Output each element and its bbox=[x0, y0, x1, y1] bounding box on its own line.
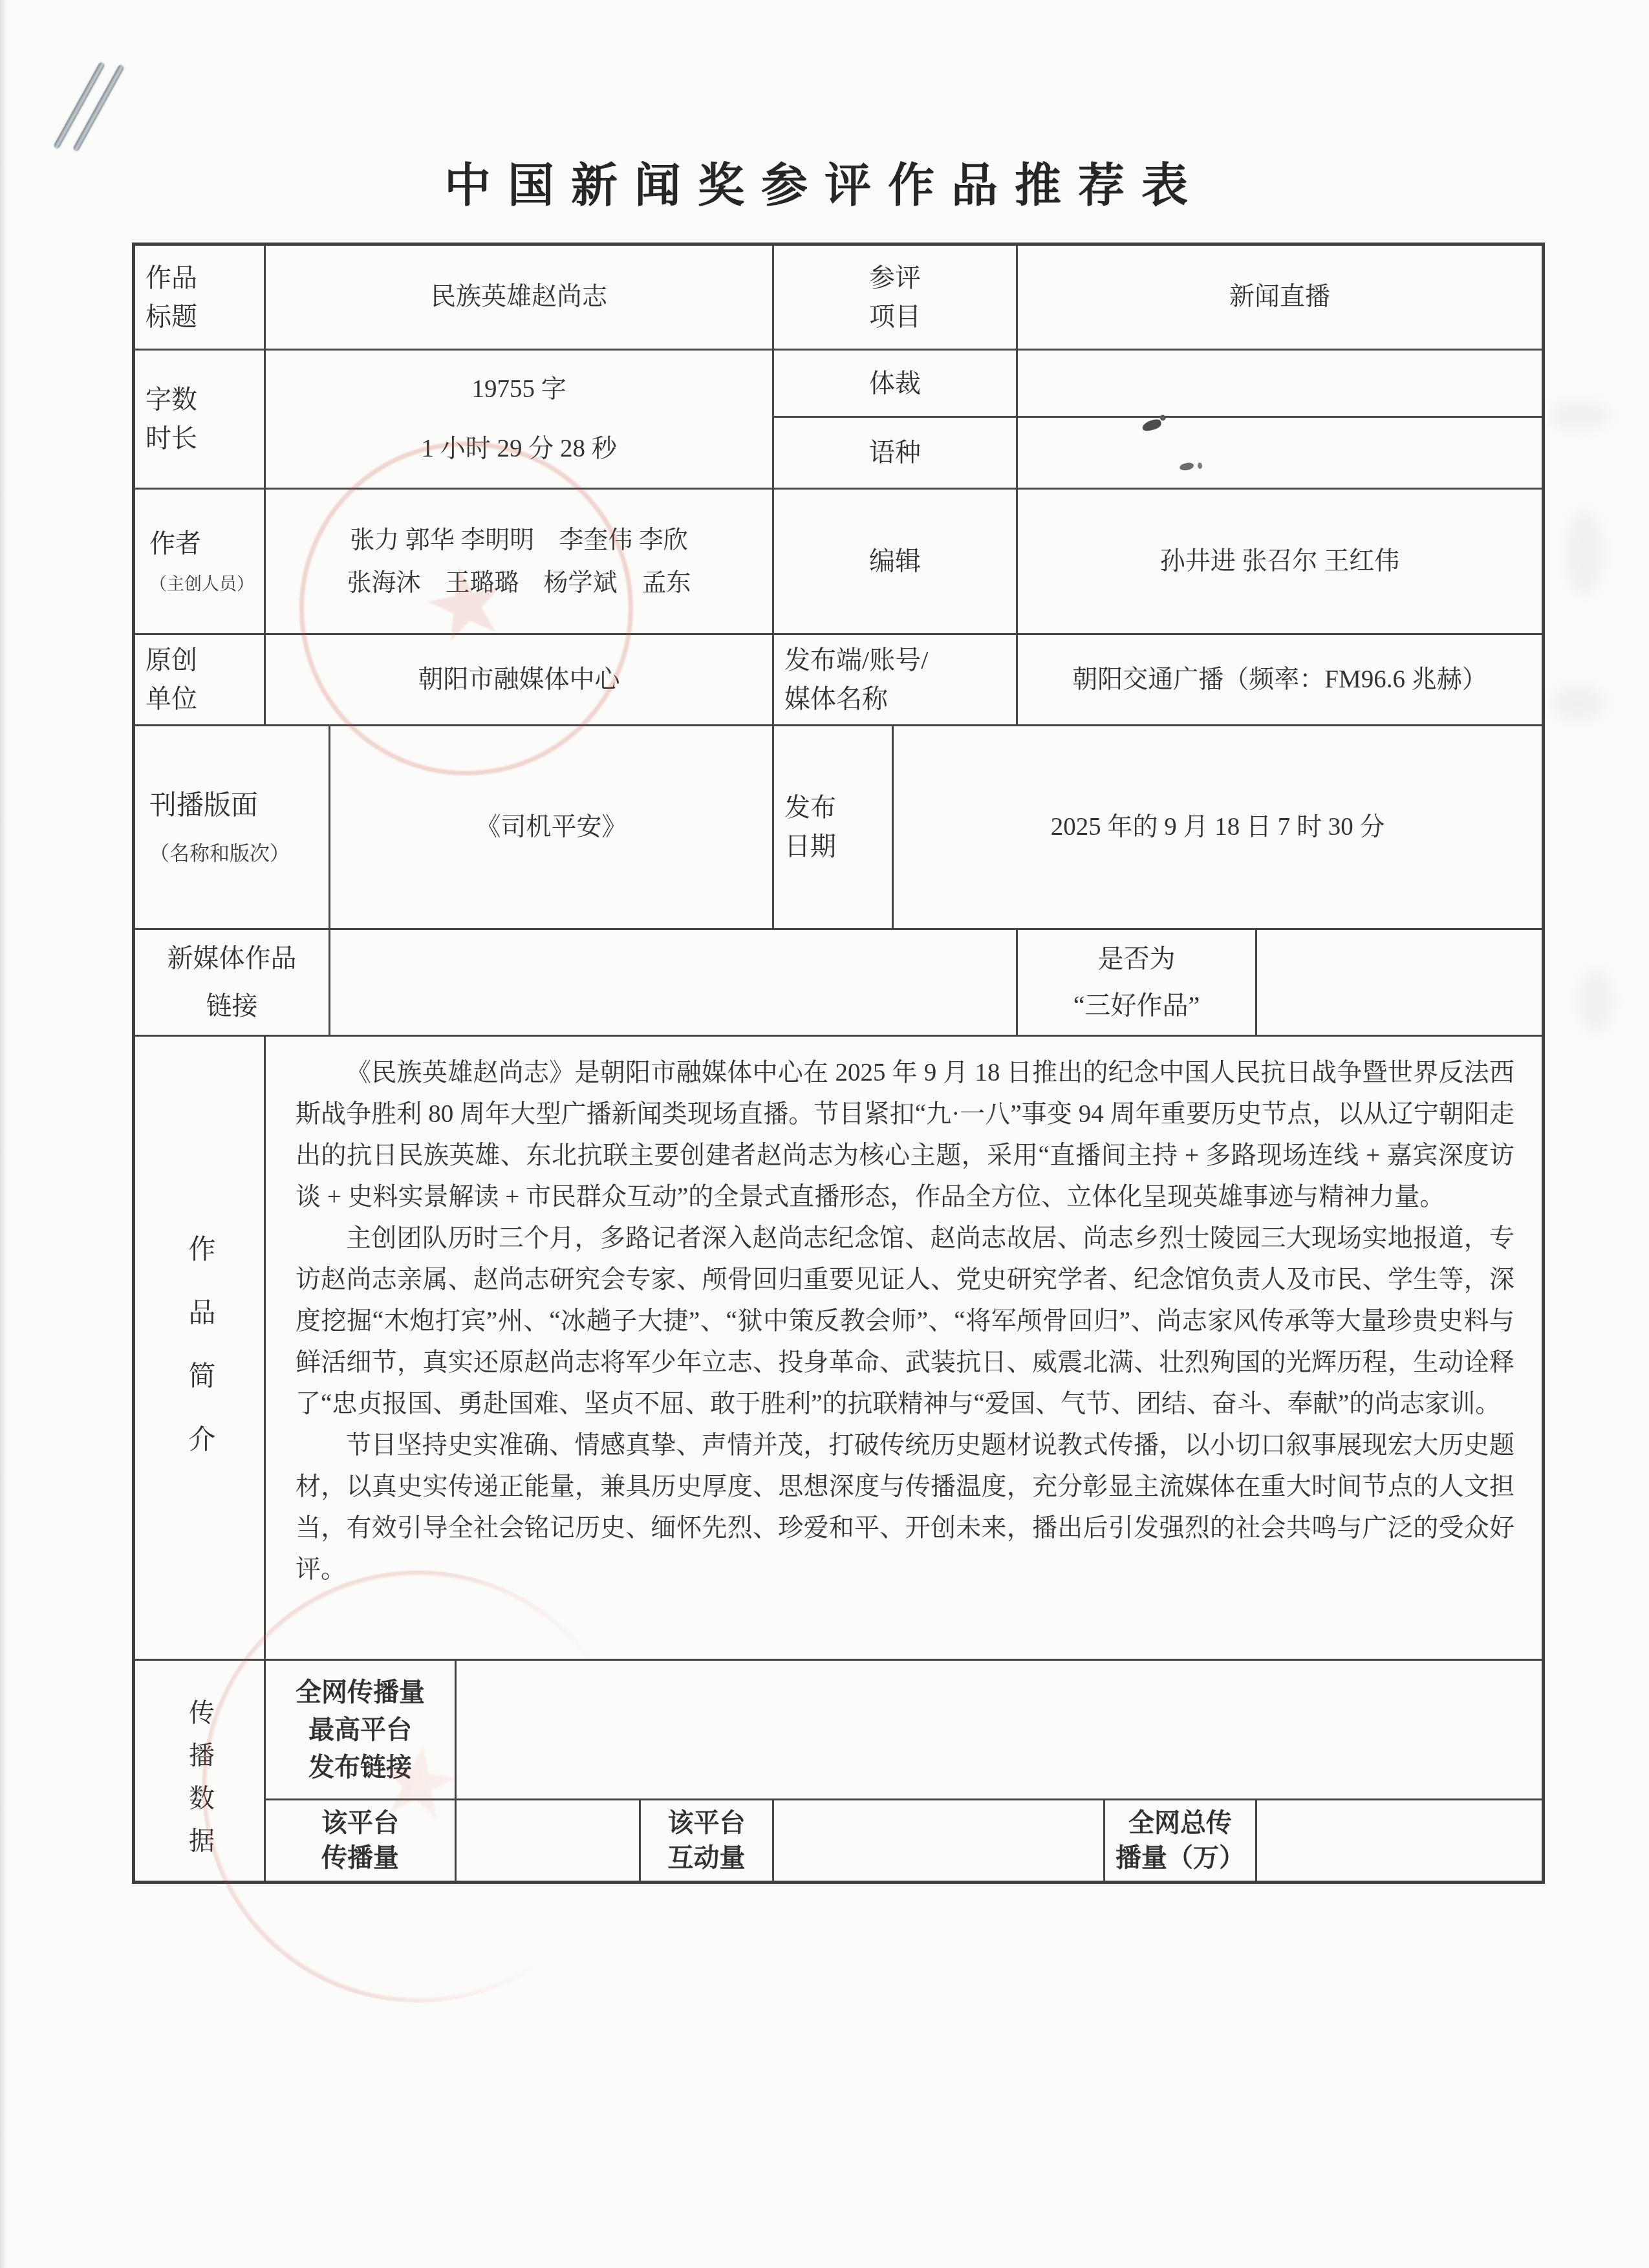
author-label-block: 作者 （主创人员） bbox=[145, 528, 259, 594]
summary-label: 作品简介 bbox=[134, 1036, 265, 1660]
author-label-note: （主创人员） bbox=[149, 574, 254, 594]
word-count-value: 19755 字 1 小时 29 分 28 秒 bbox=[265, 350, 773, 489]
row-new-media-link: 新媒体作品 链接 是否为 “三好作品” bbox=[134, 929, 1544, 1036]
total-reach-value bbox=[1256, 1800, 1544, 1883]
publish-layout-value: 《司机平安》 bbox=[330, 726, 773, 929]
row-spread-top: 传播数据 全网传播量 最高平台 发布链接 bbox=[134, 1660, 1544, 1800]
origin-unit-value: 朝阳市融媒体中心 bbox=[265, 634, 773, 726]
bleed-through-smudge bbox=[1565, 511, 1604, 595]
publish-layout-label-block: 刊播版面 （名称和版次） bbox=[145, 790, 323, 866]
three-good-value bbox=[1256, 929, 1544, 1036]
page-title: 中国新闻奖参评作品推荐表 bbox=[0, 147, 1649, 215]
publish-layout-label-text: 刊播版面 bbox=[149, 790, 258, 822]
author-label-text: 作者 bbox=[149, 528, 201, 559]
row-origin-unit: 原创 单位 朝阳市融媒体中心 发布端/账号/ 媒体名称 朝阳交通广播（频率：FM… bbox=[134, 634, 1544, 726]
editor-label: 编辑 bbox=[773, 489, 1017, 634]
platform-engagement-value bbox=[773, 1800, 1105, 1883]
publish-date-value: 2025 年的 9 月 18 日 7 时 30 分 bbox=[893, 726, 1544, 929]
entry-item-label: 参评 项目 bbox=[773, 244, 1017, 350]
row-publish-layout-date: 刊播版面 （名称和版次） 《司机平安》 发布 日期 2025 年的 9 月 18… bbox=[134, 726, 1544, 929]
publish-layout-label: 刊播版面 （名称和版次） bbox=[134, 726, 330, 929]
row-summary: 作品简介 《民族英雄赵尚志》是朝阳市融媒体中心在 2025 年 9 月 18 日… bbox=[134, 1036, 1544, 1660]
new-media-link-value bbox=[330, 929, 1017, 1036]
scanned-form-page: 中国新闻奖参评作品推荐表 作品 标题 民族英雄赵尚志 参评 项目 新闻直播 字数… bbox=[0, 0, 1649, 2268]
origin-unit-label: 原创 单位 bbox=[134, 634, 265, 726]
platform-reach-value bbox=[456, 1800, 640, 1883]
language-label: 语种 bbox=[773, 417, 1017, 489]
spread-data-label-text: 传播数据 bbox=[187, 1699, 213, 1870]
language-value bbox=[1017, 417, 1544, 489]
row-spread-bottom: 该平台 传播量 该平台 互动量 全网总传 播量（万） bbox=[134, 1800, 1544, 1883]
row-word-count-genre: 字数 时长 19755 字 1 小时 29 分 28 秒 体裁 bbox=[134, 350, 1544, 417]
recommendation-form-table: 作品 标题 民族英雄赵尚志 参评 项目 新闻直播 字数 时长 19755 字 1… bbox=[132, 243, 1545, 1884]
bleed-through-smudge bbox=[1549, 401, 1610, 430]
scan-edge-shadow bbox=[0, 0, 6, 2268]
work-title-label: 作品 标题 bbox=[134, 244, 265, 350]
bleed-through-smudge bbox=[1578, 970, 1613, 1031]
word-count-label: 字数 时长 bbox=[134, 350, 265, 489]
row-author-editor: 作者 （主创人员） 张力 郭华 李明明 李奎伟 李欣 张海沐 王璐璐 杨学斌 孟… bbox=[134, 489, 1544, 634]
three-good-label: 是否为 “三好作品” bbox=[1017, 929, 1256, 1036]
publish-date-label: 发布 日期 bbox=[773, 726, 893, 929]
publish-channel-label: 发布端/账号/ 媒体名称 bbox=[773, 634, 1017, 726]
summary-label-text: 作品简介 bbox=[186, 1235, 213, 1488]
publish-channel-value: 朝阳交通广播（频率：FM96.6 兆赫） bbox=[1017, 634, 1544, 726]
top-link-value bbox=[456, 1660, 1544, 1800]
new-media-link-label: 新媒体作品 链接 bbox=[134, 929, 330, 1036]
author-label: 作者 （主创人员） bbox=[134, 489, 265, 634]
row-work-title: 作品 标题 民族英雄赵尚志 参评 项目 新闻直播 bbox=[134, 244, 1544, 350]
work-title-value: 民族英雄赵尚志 bbox=[265, 244, 773, 350]
entry-item-value: 新闻直播 bbox=[1017, 244, 1544, 350]
author-value: 张力 郭华 李明明 李奎伟 李欣 张海沐 王璐璐 杨学斌 孟东 bbox=[265, 489, 773, 634]
genre-label: 体裁 bbox=[773, 350, 1017, 417]
genre-value bbox=[1017, 350, 1544, 417]
platform-reach-label: 该平台 传播量 bbox=[265, 1800, 456, 1883]
summary-paragraph: 节目坚持史实准确、情感真挚、声情并茂，打破传统历史题材说教式传播，以小切口叙事展… bbox=[296, 1425, 1514, 1590]
bleed-through-smudge bbox=[1551, 686, 1606, 721]
spread-data-label: 传播数据 bbox=[134, 1660, 265, 1883]
summary-paragraph: 《民族英雄赵尚志》是朝阳市融媒体中心在 2025 年 9 月 18 日推出的纪念… bbox=[296, 1052, 1514, 1218]
editor-value: 孙井进 张召尔 王红伟 bbox=[1017, 489, 1544, 634]
platform-engagement-label: 该平台 互动量 bbox=[640, 1800, 773, 1883]
summary-paragraphs: 《民族英雄赵尚志》是朝阳市融媒体中心在 2025 年 9 月 18 日推出的纪念… bbox=[265, 1036, 1544, 1660]
publish-layout-label-note: （名称和版次） bbox=[149, 841, 290, 865]
total-reach-label: 全网总传 播量（万） bbox=[1105, 1800, 1256, 1883]
summary-paragraph: 主创团队历时三个月，多路记者深入赵尚志纪念馆、赵尚志故居、尚志乡烈士陵园三大现场… bbox=[296, 1218, 1514, 1425]
top-link-label: 全网传播量 最高平台 发布链接 bbox=[265, 1660, 456, 1800]
